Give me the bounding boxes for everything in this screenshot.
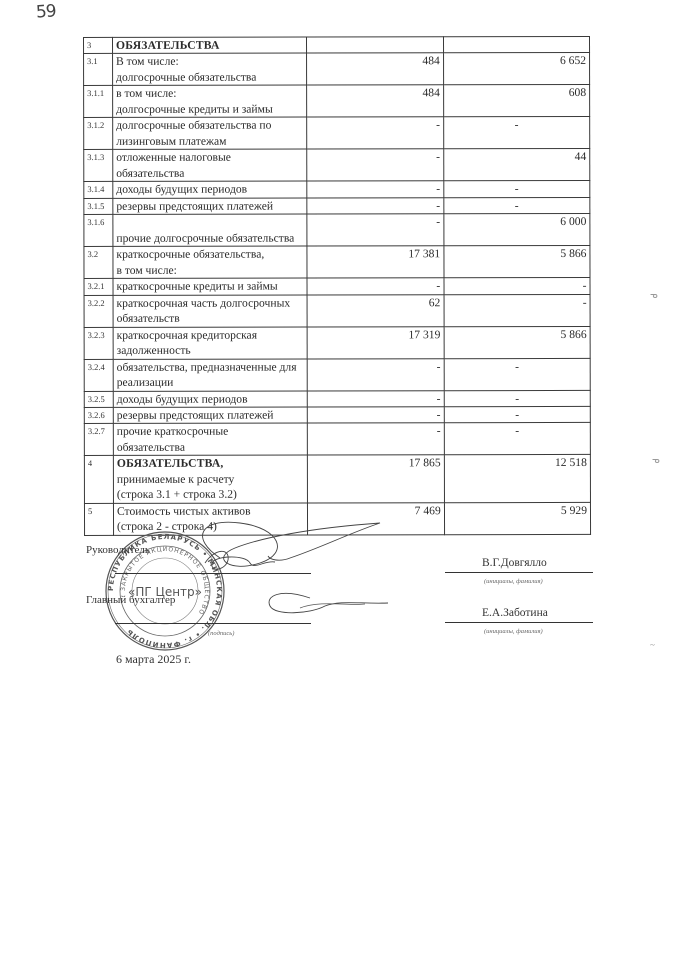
row-name-line: прочие краткосрочные [117, 424, 305, 440]
page-number-mark: 59 [35, 1, 56, 22]
document-date: 6 марта 2025 г. [116, 652, 191, 667]
row-name-line: краткосрочная кредиторская [117, 327, 305, 343]
table-row: 3.2.3краткосрочная кредиторскаязадолженн… [84, 326, 590, 359]
table-row: 3.1.5резервы предстоящих платежей-- [84, 197, 590, 214]
accountant-name-line [445, 622, 593, 623]
row-name: долгосрочные обязательства полизинговым … [113, 117, 308, 149]
row-code: 3.1.4 [84, 182, 113, 198]
row-code: 3.2 [84, 247, 113, 279]
row-code: 3.1.2 [84, 118, 113, 150]
signature-scribbles [150, 518, 390, 638]
table-row: 3.2.1краткосрочные кредиты и займы-- [84, 278, 590, 295]
row-code: 3.2.2 [84, 295, 113, 327]
row-code: 3.2.7 [84, 424, 113, 456]
signature-caption: (подпись) [208, 630, 234, 637]
table-row: 3.1.1в том числе:долгосрочные кредиты и … [84, 85, 590, 118]
table-row: 3.2.2краткосрочная часть долгосрочныхобя… [84, 294, 590, 327]
value-column-2: 6 000 [444, 214, 590, 246]
value-column-2: - [444, 406, 590, 423]
value-column-1: - [308, 390, 444, 407]
value-column-1: - [307, 149, 443, 181]
value-column-1: - [307, 117, 443, 149]
value-column-2: 6 652 [443, 53, 589, 85]
row-name-line: В том числе: [116, 54, 304, 70]
row-code: 3.2.5 [84, 391, 113, 407]
row-name-line: резервы предстоящих платежей [117, 408, 305, 424]
row-name-line: обязательства [116, 165, 304, 181]
row-name-line: принимаемые к расчету [117, 471, 305, 487]
row-name: ОБЯЗАТЕЛЬСТВА,принимаемые к расчету(стро… [113, 455, 308, 503]
table-row: 4ОБЯЗАТЕЛЬСТВА,принимаемые к расчету(стр… [84, 455, 590, 503]
row-code: 3.2.3 [84, 327, 113, 359]
value-column-1: - [308, 423, 444, 455]
table-row: 3.2.7прочие краткосрочныеобязательства-- [84, 423, 590, 456]
director-name-caption: (инициалы, фамилия) [484, 578, 543, 585]
row-name-line: в том числе: [116, 86, 304, 102]
row-code: 4 [84, 456, 113, 503]
row-code: 3.1.5 [84, 198, 113, 214]
row-name: краткосрочные кредиты и займы [113, 278, 308, 295]
row-name-line: реализации [117, 375, 305, 391]
row-name-line: ОБЯЗАТЕЛЬСТВА [116, 38, 304, 54]
value-column-1: - [307, 198, 443, 215]
row-name-line: задолженность [117, 343, 305, 359]
row-name-line: резервы предстоящих платежей [116, 198, 304, 214]
director-label: Руководитель [86, 544, 150, 556]
value-column-2: - [443, 117, 589, 149]
value-column-2: - [444, 423, 590, 455]
value-column-1: 17 865 [308, 455, 444, 503]
row-name: резервы предстоящих платежей [113, 407, 308, 424]
row-name: обязательства, предназначенные дляреализ… [113, 359, 308, 391]
table-row: 3.1.3отложенные налоговыеобязательства-4… [84, 149, 590, 182]
value-column-2 [443, 36, 589, 53]
row-name: резервы предстоящих платежей [113, 198, 308, 215]
row-name-line: краткосрочные кредиты и займы [116, 279, 304, 295]
director-signature-line [115, 573, 311, 574]
row-name: В том числе:долгосрочные обязательства [113, 53, 308, 85]
row-code: 3.1.6 [84, 215, 113, 247]
table-row: 3.2.4обязательства, предназначенные дляр… [84, 358, 590, 391]
row-name: доходы будущих периодов [113, 181, 308, 198]
scan-mark: ᓀ [652, 455, 660, 466]
table-row: 3.2краткосрочные обязательства,в том чис… [84, 246, 590, 279]
value-column-1: - [307, 181, 443, 198]
row-name-line: лизинговым платежам [116, 133, 304, 149]
scan-mark: ᓀ [650, 290, 658, 301]
value-column-2: - [444, 358, 590, 390]
value-column-1: 484 [307, 85, 443, 117]
table-row: 3.1.2долгосрочные обязательства полизинг… [84, 117, 590, 150]
value-column-1: 17 319 [308, 326, 444, 358]
row-name-line: (строка 3.1 + строка 3.2) [117, 487, 305, 503]
row-name-line: долгосрочные обязательства [116, 69, 304, 85]
value-column-2: 5 929 [444, 502, 590, 534]
row-code: 3.1.3 [84, 150, 113, 182]
row-name-line [116, 215, 304, 231]
value-column-2: - [444, 197, 590, 214]
accountant-label: Главный бухгалтер [86, 594, 175, 606]
row-name-line: Стоимость чистых активов [117, 503, 305, 519]
table-row: 3.2.5доходы будущих периодов-- [84, 390, 590, 407]
value-column-2: - [444, 181, 590, 198]
value-column-2: 608 [443, 85, 589, 117]
value-column-1: 62 [307, 294, 443, 326]
value-column-2: - [444, 278, 590, 295]
row-name-line: прочие долгосрочные обязательства [116, 230, 304, 246]
value-column-1: - [308, 358, 444, 390]
row-name: краткосрочная часть долгосрочныхобязател… [113, 295, 308, 327]
value-column-2: - [444, 390, 590, 407]
row-code: 3.1 [84, 54, 113, 86]
director-name: В.Г.Довгялло [482, 557, 547, 569]
value-column-1: - [308, 407, 444, 424]
row-name: прочие долгосрочные обязательства [113, 214, 308, 246]
row-name: в том числе:долгосрочные кредиты и займы [113, 85, 308, 117]
row-name-line: отложенные налоговые [116, 150, 304, 166]
row-name: краткосрочная кредиторскаязадолженность [113, 327, 308, 359]
value-column-2: 12 518 [444, 455, 590, 503]
row-name-line: доходы будущих периодов [116, 182, 304, 198]
row-name-line: обязательства, предназначенные для [117, 359, 305, 375]
table-row: 3.1.6 прочие долгосрочные обязательства-… [84, 214, 590, 247]
value-column-1: 17 381 [307, 246, 443, 278]
value-column-1 [307, 37, 443, 54]
table-row: 3ОБЯЗАТЕЛЬСТВА [84, 36, 590, 53]
row-code: 3 [84, 37, 113, 53]
row-name-line: обязательства [117, 439, 305, 455]
row-name-line: долгосрочные обязательства по [116, 118, 304, 134]
scan-mark: ~ [650, 640, 655, 650]
accountant-name: Е.А.Заботина [482, 607, 548, 619]
row-code: 3.2.4 [84, 359, 113, 391]
accountant-signature-line [115, 623, 311, 624]
row-name-line: краткосрочная часть долгосрочных [117, 295, 305, 311]
value-column-1: 484 [307, 53, 443, 85]
row-name: отложенные налоговыеобязательства [113, 149, 308, 181]
table-row: 3.2.6резервы предстоящих платежей-- [84, 406, 590, 423]
value-column-2: - [444, 294, 590, 326]
row-name-line: обязательств [117, 311, 305, 327]
row-name: краткосрочные обязательства,в том числе: [113, 246, 308, 278]
row-code: 3.2.6 [84, 407, 113, 423]
row-name-line: в том числе: [116, 262, 304, 278]
row-name: ОБЯЗАТЕЛЬСТВА [112, 37, 307, 54]
table-row: 3.1В том числе:долгосрочные обязательств… [84, 53, 590, 86]
table-row: 3.1.4доходы будущих периодов-- [84, 181, 590, 198]
row-name-line: ОБЯЗАТЕЛЬСТВА, [117, 456, 305, 472]
liabilities-table: 3ОБЯЗАТЕЛЬСТВА3.1В том числе:долгосрочны… [83, 36, 591, 536]
value-column-1: - [307, 214, 443, 246]
row-name: прочие краткосрочныеобязательства [113, 423, 308, 455]
row-name-line: доходы будущих периодов [117, 391, 305, 407]
value-column-2: 5 866 [444, 326, 590, 358]
row-code: 3.2.1 [84, 279, 113, 295]
director-name-line [445, 572, 593, 573]
value-column-2: 5 866 [444, 246, 590, 278]
row-name-line: долгосрочные кредиты и займы [116, 101, 304, 117]
row-name-line: краткосрочные обязательства, [116, 247, 304, 263]
row-name: доходы будущих периодов [113, 391, 308, 408]
value-column-1: - [307, 278, 443, 295]
accountant-name-caption: (инициалы, фамилия) [484, 628, 543, 635]
value-column-2: 44 [443, 149, 589, 181]
row-code: 3.1.1 [84, 86, 113, 118]
